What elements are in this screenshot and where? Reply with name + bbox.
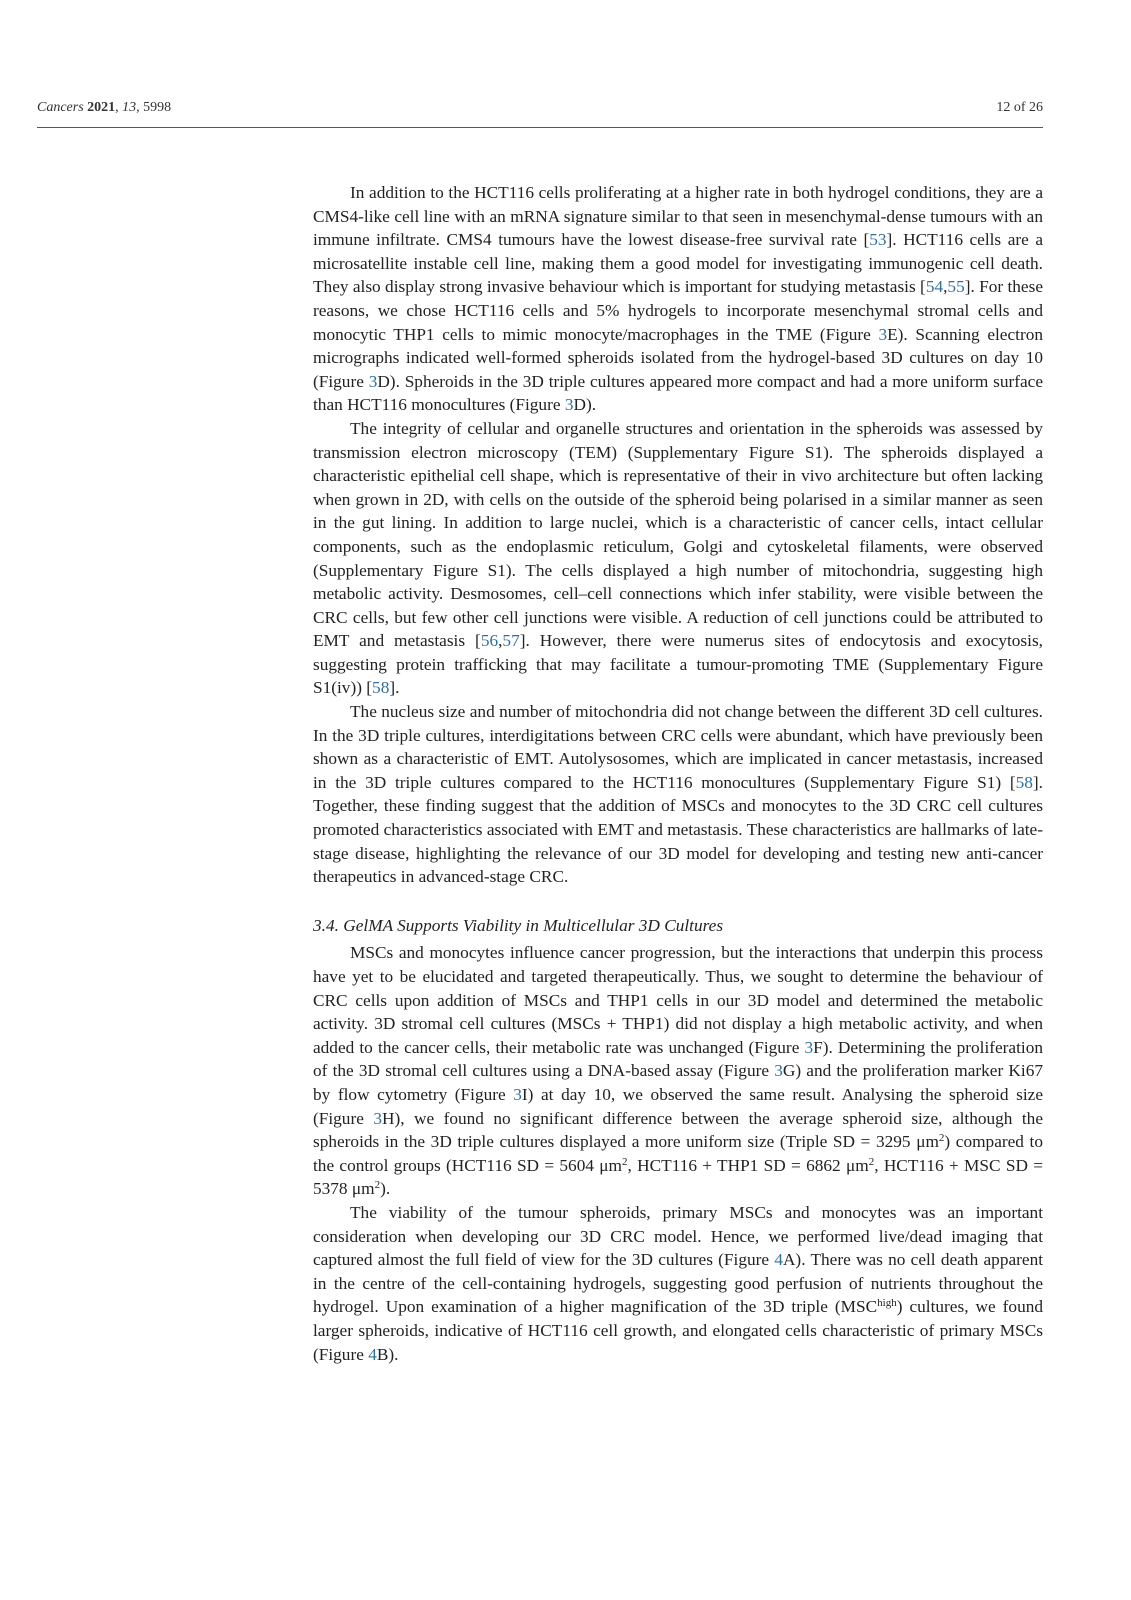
text-run: ].	[389, 678, 399, 697]
text-run: ).	[380, 1179, 390, 1198]
article-number: 5998	[143, 100, 171, 115]
paragraph: The integrity of cellular and organelle …	[313, 417, 1043, 700]
reference-link[interactable]: 4	[368, 1345, 377, 1364]
page-header: Cancers 2021, 13, 5998 12 of 26	[37, 98, 1043, 124]
article-body: In addition to the HCT116 cells prolifer…	[313, 181, 1043, 1366]
reference-link[interactable]: 54	[926, 277, 943, 296]
text-run: D).	[573, 395, 596, 414]
journal-citation: Cancers 2021, 13, 5998	[37, 100, 171, 116]
reference-link[interactable]: 3	[373, 1109, 382, 1128]
header-divider	[37, 127, 1043, 128]
text-run: The integrity of cellular and organelle …	[313, 419, 1043, 650]
reference-link[interactable]: 3	[513, 1085, 522, 1104]
text-run: H), we found no significant difference b…	[313, 1109, 1043, 1152]
reference-link[interactable]: 3	[774, 1061, 783, 1080]
superscript: high	[877, 1297, 897, 1309]
page-number: 12 of 26	[996, 100, 1043, 116]
text-run: , HCT116 + THP1 SD = 6862 μm	[628, 1156, 869, 1175]
journal-year: 2021	[87, 100, 115, 115]
paragraph: The nucleus size and number of mitochond…	[313, 700, 1043, 889]
paragraph: In addition to the HCT116 cells prolifer…	[313, 181, 1043, 417]
reference-link[interactable]: 57	[502, 631, 519, 650]
reference-link[interactable]: 53	[869, 230, 886, 249]
reference-link[interactable]: 55	[947, 277, 964, 296]
journal-name: Cancers	[37, 100, 84, 115]
reference-link[interactable]: 3	[878, 325, 887, 344]
reference-link[interactable]: 3	[804, 1038, 813, 1057]
text-run: D). Spheroids in the 3D triple cultures …	[313, 372, 1043, 415]
reference-link[interactable]: 56	[481, 631, 498, 650]
paragraph: MSCs and monocytes influence cancer prog…	[313, 941, 1043, 1201]
paragraph: The viability of the tumour spheroids, p…	[313, 1201, 1043, 1366]
reference-link[interactable]: 4	[774, 1250, 783, 1269]
text-run: B).	[377, 1345, 399, 1364]
reference-link[interactable]: 58	[372, 678, 389, 697]
section-heading: 3.4. GelMA Supports Viability in Multice…	[313, 914, 1043, 938]
journal-volume: 13	[122, 100, 136, 115]
text-run: The nucleus size and number of mitochond…	[313, 702, 1043, 792]
reference-link[interactable]: 58	[1016, 773, 1033, 792]
